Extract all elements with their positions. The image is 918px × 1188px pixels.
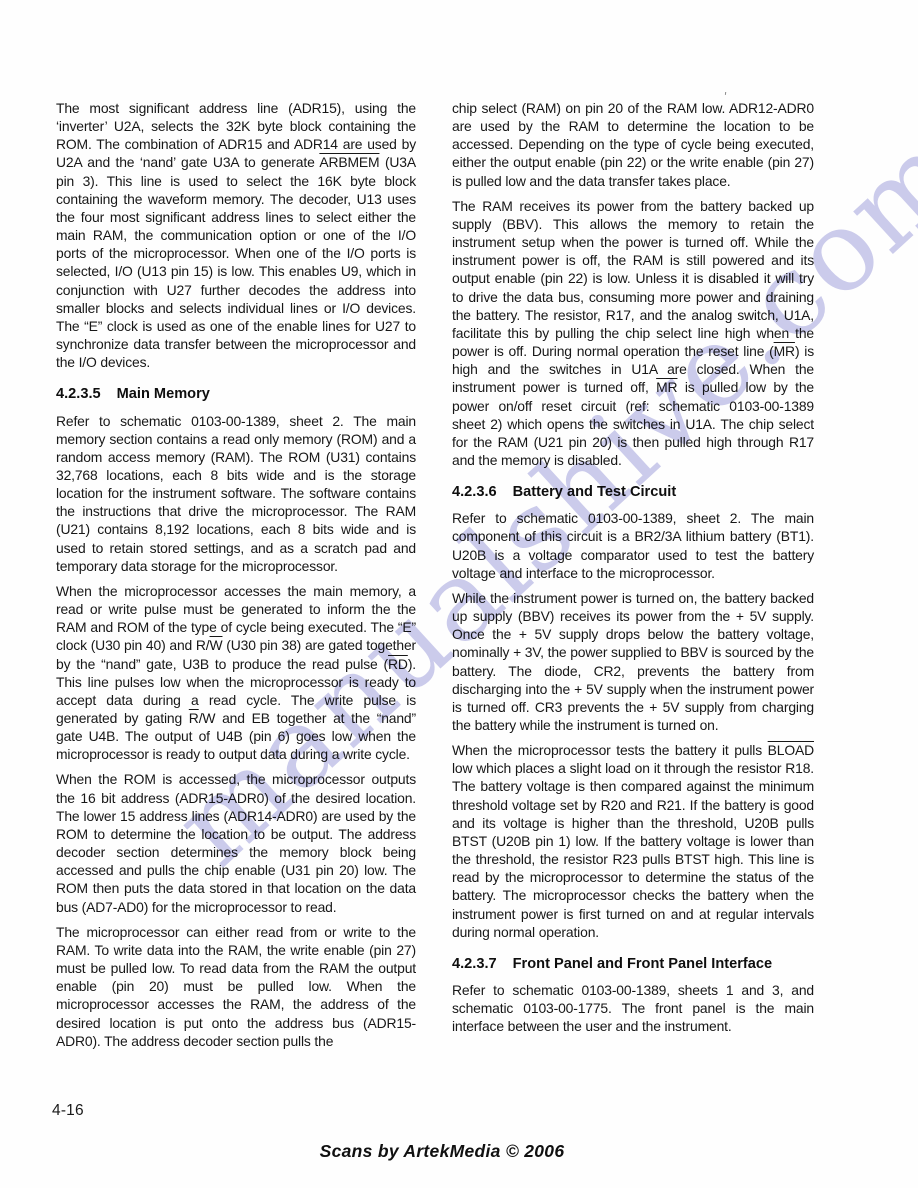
text-run: low which places a slight load on it thr… — [452, 760, 814, 939]
text-run: Refer to schematic 0103-00-1389, sheets … — [452, 982, 814, 1034]
overlined-signal-name: RD — [388, 656, 408, 672]
section-heading: 4.2.3.5Main Memory — [56, 385, 416, 403]
section-heading: 4.2.3.6Battery and Test Circuit — [452, 483, 814, 501]
paragraph: While the instrument power is turned on,… — [452, 589, 814, 734]
right-text-column: chip select (RAM) on pin 20 of the RAM l… — [452, 99, 814, 1043]
section-title: Battery and Test Circuit — [513, 484, 677, 500]
text-run: When the ROM is accessed, the microproce… — [56, 771, 416, 914]
overlined-signal-name: BLOAD — [768, 742, 814, 758]
overlined-signal-name: MR — [774, 343, 795, 359]
text-run: While the instrument power is turned on,… — [452, 590, 814, 733]
text-run: The RAM receives its power from the batt… — [452, 198, 814, 359]
paragraph: When the microprocessor tests the batter… — [452, 741, 814, 941]
text-run: chip select (RAM) on pin 20 of the RAM l… — [452, 100, 814, 189]
section-title: Front Panel and Front Panel Interface — [513, 956, 773, 972]
overlined-signal-name: MR — [656, 379, 677, 395]
page-number: 4-16 — [52, 1102, 84, 1120]
paragraph: Refer to schematic 0103-00-1389, sheet 2… — [56, 412, 416, 575]
section-number: 4.2.3.5 — [56, 386, 101, 402]
section-title: Main Memory — [117, 386, 210, 402]
section-number: 4.2.3.6 — [452, 484, 497, 500]
footer-credit: Scans by ArtekMedia © 2006 — [0, 1141, 901, 1162]
overlined-signal-name: ARBMEM — [319, 154, 379, 170]
text-run: When the microprocessor tests the batter… — [452, 742, 768, 758]
section-heading: 4.2.3.7Front Panel and Front Panel Inter… — [452, 955, 814, 973]
section-number: 4.2.3.7 — [452, 956, 497, 972]
text-run: (U3A pin 3). This line is used to select… — [56, 154, 416, 370]
paragraph: The microprocessor can either read from … — [56, 923, 416, 1050]
overlined-signal-name: R — [189, 710, 199, 726]
text-run: Refer to schematic 0103-00-1389, sheet 2… — [452, 510, 814, 580]
paragraph: When the ROM is accessed, the microproce… — [56, 770, 416, 915]
paragraph: The RAM receives its power from the batt… — [452, 197, 814, 469]
scanned-manual-page: The most significant address line (ADR15… — [0, 0, 918, 1188]
paragraph: Refer to schematic 0103-00-1389, sheet 2… — [452, 509, 814, 582]
left-text-column: The most significant address line (ADR15… — [56, 99, 416, 1057]
text-run: The microprocessor can either read from … — [56, 924, 416, 1049]
paragraph: When the microprocessor accesses the mai… — [56, 582, 416, 764]
paragraph: chip select (RAM) on pin 20 of the RAM l… — [452, 99, 814, 190]
paragraph: The most significant address line (ADR15… — [56, 99, 416, 371]
overlined-signal-name: W — [210, 637, 223, 653]
text-run: Refer to schematic 0103-00-1389, sheet 2… — [56, 413, 416, 574]
paragraph: Refer to schematic 0103-00-1389, sheets … — [452, 981, 814, 1035]
